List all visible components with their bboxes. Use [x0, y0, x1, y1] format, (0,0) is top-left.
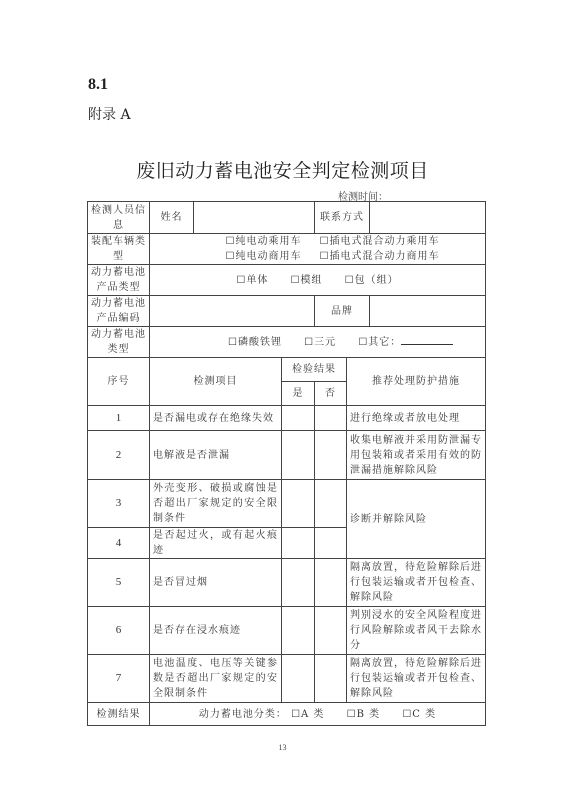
table-row: 3 外壳变形、破损或腐蚀是否超出厂家规定的安全限制条件 诊断并解除风险	[88, 480, 486, 528]
yes-header: 是	[282, 382, 315, 406]
classification-label: 动力蓄电池分类：	[199, 709, 287, 720]
inspector-row: 检测人员信息 姓名 联系方式	[88, 202, 486, 234]
table-row: 7 电池温度、电压等关键参数是否超出厂家规定的安全限制条件 隔离放置，待危险解除…	[88, 655, 486, 703]
checkbox-cell[interactable]: ☐单体	[236, 275, 268, 286]
contact-field[interactable]	[370, 202, 486, 234]
no-cell[interactable]	[315, 406, 347, 431]
battery-type-label: 动力蓄电池类型	[88, 327, 150, 358]
seq-cell: 3	[88, 480, 150, 528]
yes-cell[interactable]	[282, 655, 315, 703]
seq-cell: 4	[88, 528, 150, 559]
yes-cell[interactable]	[282, 480, 315, 528]
checkbox-class-a[interactable]: ☐A 类	[291, 709, 324, 720]
checkbox-phev-commercial[interactable]: ☐插电式混合动力商用车	[320, 251, 440, 262]
vehicle-type-label: 装配车辆类型	[88, 234, 150, 265]
battery-type-row: 动力蓄电池类型 ☐磷酸铁锂 ☐三元 ☐其它：	[88, 327, 486, 358]
inspector-label: 检测人员信息	[88, 202, 150, 234]
yes-cell[interactable]	[282, 528, 315, 559]
checkbox-class-b[interactable]: ☐B 类	[347, 709, 381, 720]
item-cell: 是否冒过烟	[150, 559, 282, 607]
measure-cell: 隔离放置，待危险解除后进行包装运输或者开包检查、解除风险	[347, 559, 486, 607]
item-header: 检测项目	[150, 358, 282, 406]
measure-cell: 判别浸水的安全风险程度进行风险解除或者风干去除水分	[347, 607, 486, 655]
contact-label: 联系方式	[315, 202, 370, 234]
checkbox-other[interactable]: ☐其它：	[358, 337, 401, 348]
page-number: 13	[0, 743, 565, 752]
checkbox-pure-electric-commercial[interactable]: ☐纯电动商用车	[226, 251, 302, 262]
product-code-label: 动力蓄电池产品编码	[88, 296, 150, 327]
vehicle-type-row: 装配车辆类型 ☐纯电动乘用车☐插电式混合动力乘用车 ☐纯电动商用车☐插电式混合动…	[88, 234, 486, 265]
item-cell: 外壳变形、破损或腐蚀是否超出厂家规定的安全限制条件	[150, 480, 282, 528]
items-header-row: 序号 检测项目 检验结果 推荐处理防护措施	[88, 358, 486, 382]
table-row: 2 电解液是否泄漏 收集电解液并采用防泄漏专用包装箱或者采用有效的防泄漏措施解除…	[88, 431, 486, 480]
vehicle-type-options: ☐纯电动乘用车☐插电式混合动力乘用车 ☐纯电动商用车☐插电式混合动力商用车	[150, 234, 486, 265]
measure-cell: 隔离放置，待危险解除后进行包装运输或者开包检查、解除风险	[347, 655, 486, 703]
seq-cell: 5	[88, 559, 150, 607]
product-code-field[interactable]	[150, 296, 315, 327]
item-cell: 是否漏电或存在绝缘失效	[150, 406, 282, 431]
checkbox-module[interactable]: ☐模组	[291, 275, 323, 286]
result-header: 检验结果	[282, 358, 347, 382]
checkbox-phev-passenger[interactable]: ☐插电式混合动力乘用车	[320, 236, 440, 247]
no-cell[interactable]	[315, 607, 347, 655]
table-row: 5 是否冒过烟 隔离放置，待危险解除后进行包装运输或者开包检查、解除风险	[88, 559, 486, 607]
checkbox-ternary[interactable]: ☐三元	[304, 337, 336, 348]
no-header: 否	[315, 382, 347, 406]
product-code-row: 动力蓄电池产品编码 品牌	[88, 296, 486, 327]
table-row: 6 是否存在浸水痕迹 判别浸水的安全风险程度进行风险解除或者风干去除水分	[88, 607, 486, 655]
brand-label: 品牌	[315, 296, 370, 327]
result-row: 检测结果 动力蓄电池分类： ☐A 类 ☐B 类 ☐C 类	[88, 703, 486, 726]
seq-header: 序号	[88, 358, 150, 406]
checkbox-pure-electric-passenger[interactable]: ☐纯电动乘用车	[226, 236, 302, 247]
seq-cell: 6	[88, 607, 150, 655]
brand-field[interactable]	[370, 296, 486, 327]
no-cell[interactable]	[315, 431, 347, 480]
name-label: 姓名	[150, 202, 194, 234]
seq-cell: 1	[88, 406, 150, 431]
yes-cell[interactable]	[282, 559, 315, 607]
measure-cell: 收集电解液并采用防泄漏专用包装箱或者采用有效的防泄漏措施解除风险	[347, 431, 486, 480]
item-cell: 电解液是否泄漏	[150, 431, 282, 480]
checkbox-lfp[interactable]: ☐磷酸铁锂	[228, 337, 282, 348]
yes-cell[interactable]	[282, 607, 315, 655]
name-field[interactable]	[194, 202, 315, 234]
product-type-options: ☐单体 ☐模组 ☐包（组）	[150, 265, 486, 296]
result-label: 检测结果	[88, 703, 150, 726]
no-cell[interactable]	[315, 655, 347, 703]
section-number: 8.1	[88, 76, 108, 94]
checkbox-class-c[interactable]: ☐C 类	[402, 709, 436, 720]
measure-cell: 诊断并解除风险	[347, 480, 486, 559]
checkbox-pack[interactable]: ☐包（组）	[345, 275, 399, 286]
inspection-table: 检测人员信息 姓名 联系方式 装配车辆类型 ☐纯电动乘用车☐插电式混合动力乘用车…	[87, 201, 486, 726]
no-cell[interactable]	[315, 559, 347, 607]
seq-cell: 2	[88, 431, 150, 480]
product-type-row: 动力蓄电池产品类型 ☐单体 ☐模组 ☐包（组）	[88, 265, 486, 296]
appendix-label: 附录 A	[88, 104, 131, 124]
product-type-label: 动力蓄电池产品类型	[88, 265, 150, 296]
table-row: 1 是否漏电或存在绝缘失效 进行绝缘或者放电处理	[88, 406, 486, 431]
item-cell: 是否起过火，或有起火痕迹	[150, 528, 282, 559]
item-cell: 电池温度、电压等关键参数是否超出厂家规定的安全限制条件	[150, 655, 282, 703]
yes-cell[interactable]	[282, 431, 315, 480]
measure-header: 推荐处理防护措施	[347, 358, 486, 406]
battery-type-options: ☐磷酸铁锂 ☐三元 ☐其它：	[150, 327, 486, 358]
other-blank-line[interactable]	[401, 336, 453, 345]
no-cell[interactable]	[315, 528, 347, 559]
classification-options: 动力蓄电池分类： ☐A 类 ☐B 类 ☐C 类	[150, 703, 486, 726]
item-cell: 是否存在浸水痕迹	[150, 607, 282, 655]
seq-cell: 7	[88, 655, 150, 703]
no-cell[interactable]	[315, 480, 347, 528]
yes-cell[interactable]	[282, 406, 315, 431]
page-title: 废旧动力蓄电池安全判定检测项目	[0, 156, 565, 183]
measure-cell: 进行绝缘或者放电处理	[347, 406, 486, 431]
